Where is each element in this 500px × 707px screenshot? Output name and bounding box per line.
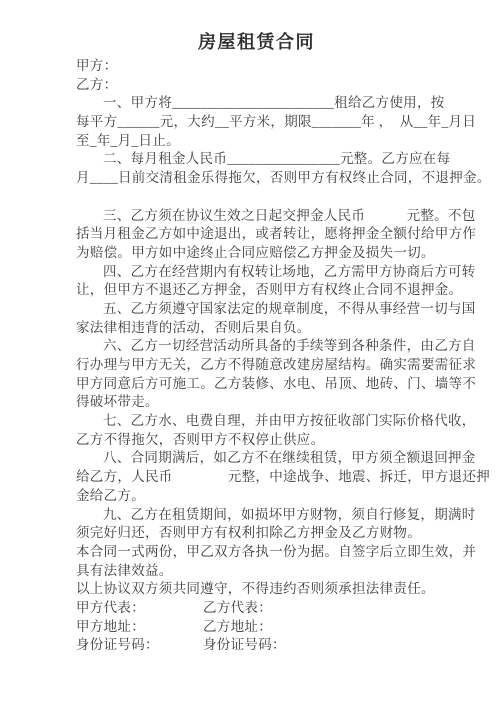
clause-2-line-1: 二、每月租金人民币________________元整。乙方应在每 [76,150,466,169]
clause-5-line-2: 家法律相违背的活动，否则后果自负。 [76,319,466,338]
clause-3-line-2: 括当月租金乙方如中途退出，或者转让，愿将押金全额付给甲方作 [76,225,466,244]
clause-3-line-3: 为赔偿。甲方如中途终止合同应赔偿乙方押金及损失一切。 [76,244,466,263]
clause-8-line-3: 金给乙方。 [76,487,466,506]
party-a-address-label: 甲方地址： [76,618,203,637]
clause-6-line-3: 甲方同意后方可施工。乙方装修、水电、吊顶、地砖、门、墙等不 [76,375,466,394]
contract-body: 房屋租赁合同 甲方： 乙方： 一、甲方将____________________… [76,30,466,655]
clause-6-line-2: 行办理与甲方无关，乙方不得随意改建房屋结构。确实需要需征求 [76,356,466,375]
clause-4-line-1: 四、乙方在经营期内有权转让场地，乙方需甲方协商后方可转 [76,263,466,282]
clause-8-line-1: 八、合同期满后，如乙方不在继续租赁，甲方须全额退回押金 [76,449,466,468]
signature-row-address: 甲方地址： 乙方地址： [76,618,466,637]
clause-4-line-2: 让，但甲方不退还乙方押金，否则甲方有权终止合同不退押金。 [76,281,466,300]
clause-3-line-1: 三、乙方须在协议生效之日起交押金人民币 元整。不包 [76,207,466,226]
copies-clause-line-2: 具有法律效益。 [76,562,466,581]
clause-6-line-4: 得破坏带走。 [76,393,466,412]
party-a-label: 甲方： [76,57,466,76]
party-a-id-label: 身份证号码： [76,636,203,655]
clause-7-line-1: 七、乙方水、电费自理，并由甲方按征收部门实际价格代收， [76,412,466,431]
clause-5-line-1: 五、乙方须遵守国家法定的规章制度，不得从事经营一切与国 [76,300,466,319]
signature-row-representative: 甲方代表： 乙方代表： [76,599,466,618]
contract-page: 房屋租赁合同 甲方： 乙方： 一、甲方将____________________… [0,0,500,707]
clause-1-line-2: 每平方______元，大约__平方米，期限_______年 ， 从__年_月日 [76,113,466,132]
signature-row-id-number: 身份证号码： 身份证号码： [76,636,466,655]
clause-1-line-3: 至_年_月_日止。 [76,132,466,151]
clause-6-line-1: 六、乙方一切经营活动所具备的手续等到各种条件，由乙方自 [76,337,466,356]
blank-line [76,188,466,207]
clause-8-line-2: 给乙方，人民币 元整，中途战争、地震、拆迁，甲方退还押 [76,468,466,487]
compliance-clause: 以上协议双方须共同遵守，不得违约否则须承担法律责任。 [76,580,466,599]
party-b-address-label: 乙方地址： [203,618,272,637]
party-b-representative-label: 乙方代表： [203,599,272,618]
clause-9-line-2: 须完好归还，否则甲方有权利扣除乙方押金及乙方财物。 [76,524,466,543]
party-a-representative-label: 甲方代表： [76,599,203,618]
clause-1-line-1: 一、甲方将_______________________租给乙方使用，按 [76,94,466,113]
clause-7-line-2: 乙方不得拖欠，否则甲方不权停止供应。 [76,431,466,450]
document-title: 房屋租赁合同 [76,30,437,54]
party-b-label: 乙方： [76,76,466,95]
party-b-id-label: 身份证号码： [203,636,286,655]
clause-9-line-1: 九、乙方在租赁期间，如损坏甲方财物，须自行修复，期满时 [76,506,466,525]
clause-2-line-2: 月____日前交清租金乐得拖欠，否则甲方有权终止合同，不退押金。 [76,169,466,188]
copies-clause-line-1: 本合同一式两份，甲乙双方各执一份为据。自签字后立即生效，并 [76,543,466,562]
